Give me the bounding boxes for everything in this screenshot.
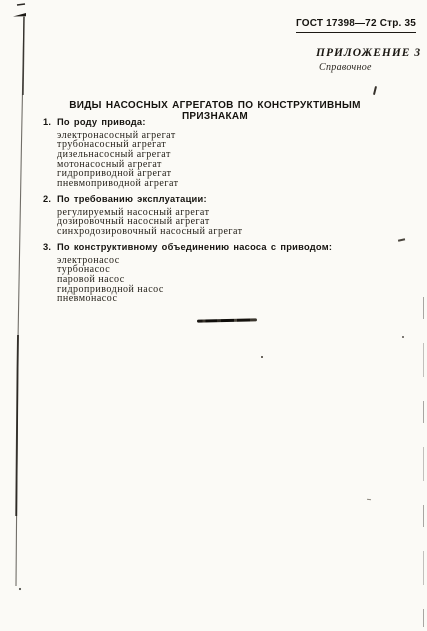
section-item-list: регулируемый насосный агрегат дозировочн… xyxy=(43,208,415,237)
list-item: пневмонасос xyxy=(57,294,415,304)
section-item-list: электронасосный агрегат трубонасосный аг… xyxy=(43,131,415,189)
page-number: Стр. 35 xyxy=(380,18,416,29)
list-item: синхродозировочный насосный агрегат xyxy=(57,227,415,237)
stray-dot xyxy=(402,336,404,338)
section-2: 2. По требованию эксплуатации: регулируе… xyxy=(43,195,415,237)
section-heading: 3. По конструктивному объединению насоса… xyxy=(43,243,415,253)
ink-smudge-line xyxy=(197,318,257,322)
appendix-label: ПРИЛОЖЕНИЕ 3 xyxy=(316,47,421,59)
section-heading-text: По роду привода: xyxy=(57,118,146,128)
stray-dot xyxy=(261,356,263,358)
scanned-document-page: ГОСТ 17398—72 Стр. 35 ПРИЛОЖЕНИЕ 3 Справ… xyxy=(0,0,427,631)
document-body: 1. По роду привода: электронасосный агре… xyxy=(43,118,415,310)
appendix-note: Справочное xyxy=(319,62,372,73)
section-3: 3. По конструктивному объединению насоса… xyxy=(43,243,415,304)
section-number: 2. xyxy=(43,195,57,205)
section-item-list: электронасос турбонасос паровой насос ги… xyxy=(43,256,415,304)
section-heading-text: По конструктивному объединению насоса с … xyxy=(57,243,332,253)
doc-ref: ГОСТ 17398—72 xyxy=(296,18,377,29)
page-header: ГОСТ 17398—72 Стр. 35 xyxy=(296,18,416,33)
section-number: 1. xyxy=(43,118,57,128)
list-item: пневмоприводной агрегат xyxy=(57,179,415,189)
list-item: электронасос xyxy=(57,256,415,266)
section-number: 3. xyxy=(43,243,57,253)
section-heading: 2. По требованию эксплуатации: xyxy=(43,195,415,205)
section-heading-text: По требованию эксплуатации: xyxy=(57,195,207,205)
section-heading: 1. По роду привода: xyxy=(43,118,415,128)
stray-slash-mark xyxy=(373,86,377,95)
scan-edge-artifact-right xyxy=(423,297,424,627)
section-1: 1. По роду привода: электронасосный агре… xyxy=(43,118,415,188)
scan-edge-artifact-left xyxy=(0,0,30,631)
stray-dot xyxy=(367,499,371,501)
